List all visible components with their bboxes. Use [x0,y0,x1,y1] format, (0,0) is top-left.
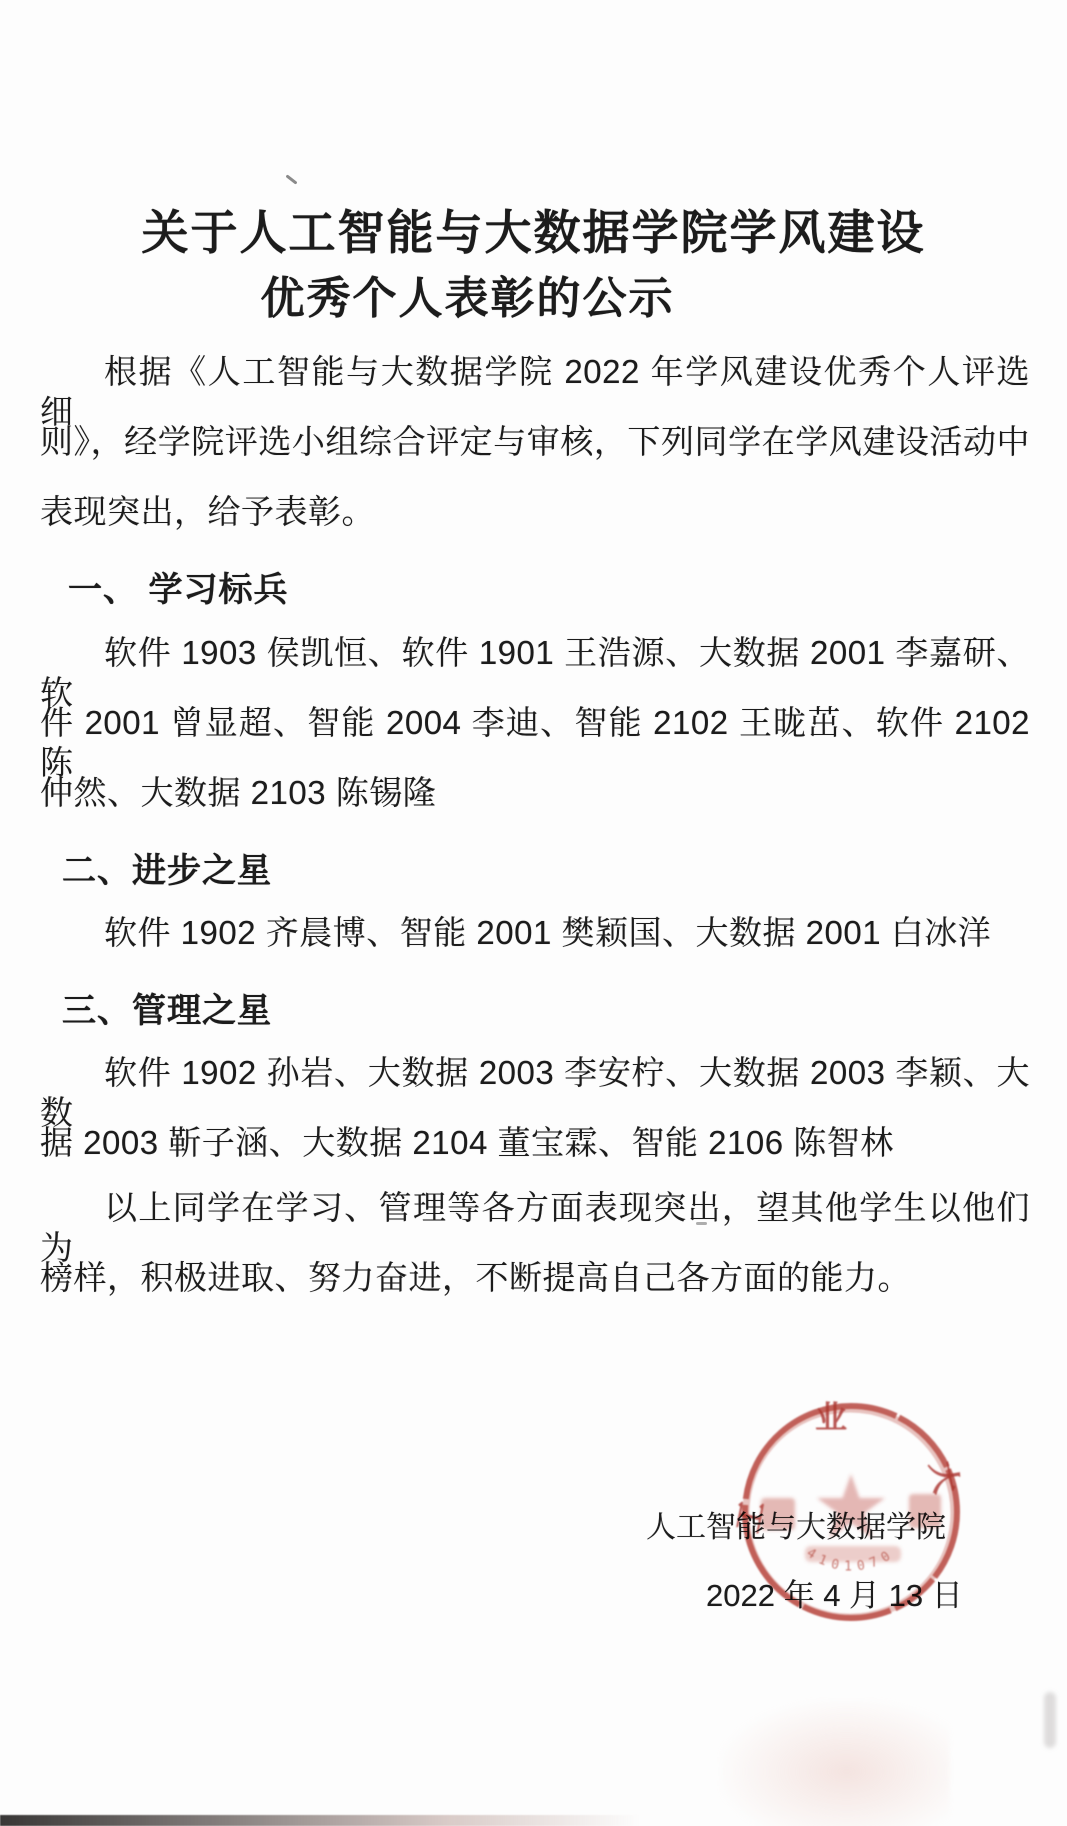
intro-line: 表现突出，给予表彰。 [40,492,1030,532]
scanned-notice-page: 关于人工智能与大数据学院学风建设 优秀个人表彰的公示 根据《人工智能与大数据学院… [0,0,1067,1826]
notice-title-line-1: 关于人工智能与大数据学院学风建设 [0,196,1067,263]
section-heading-progress-stars: 二、进步之星 [62,843,272,892]
scan-speck [696,1222,707,1225]
scan-smudge [720,1700,950,1826]
name-line: 据 2003 靳子涵、大数据 2104 董宝霖、智能 2106 陈智林 [40,1123,1030,1163]
notice-title-line-2: 优秀个人表彰的公示 [0,262,1001,326]
name-line: 软件 1902 孙岩、大数据 2003 李安柠、大数据 2003 李颖、大数 [40,1053,1030,1133]
section-heading-study-models: 一、 学习标兵 [68,562,288,611]
scan-speck [285,174,297,184]
official-seal: 工 业 大 4101070 [733,1394,969,1630]
intro-line: 根据《人工智能与大数据学院 2022 年学风建设优秀个人评选细 [40,352,1030,432]
closing-line: 以上同学在学习、管理等各方面表现突出，望其他学生以他们为 [40,1188,1030,1268]
scan-smudge [1044,1692,1056,1748]
closing-line: 榜样，积极进取、努力奋进，不断提高自己各方面的能力。 [40,1258,1030,1298]
intro-line: 则》，经学院评选小组综合评定与审核，下列同学在学风建设活动中 [40,422,1030,462]
seal-star-icon [817,1474,885,1538]
scanner-edge-shadow [0,1815,640,1826]
name-line: 软件 1903 侯凯恒、软件 1901 王浩源、大数据 2001 李嘉研、软 [40,633,1030,713]
name-line: 软件 1902 齐晨博、智能 2001 樊颖国、大数据 2001 白冰洋 [40,913,1030,953]
name-line: 仲然、大数据 2103 陈锡隆 [40,773,1030,813]
name-line: 件 2001 曾显超、智能 2004 李迪、智能 2102 王昽茁、软件 210… [40,703,1030,783]
section-heading-management-stars: 三、管理之星 [62,983,272,1032]
